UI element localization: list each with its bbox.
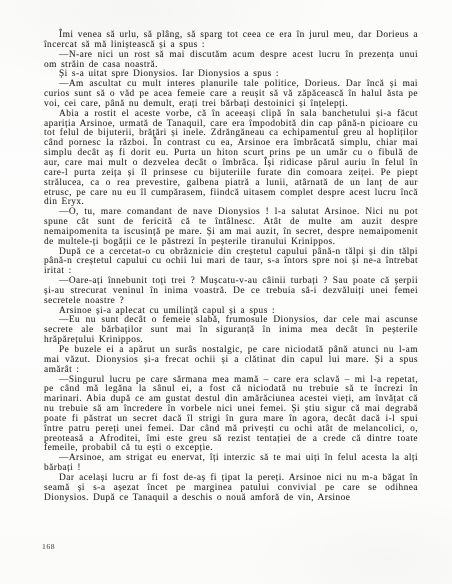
- text-block: Îmi venea să urlu, să plâng, să sparg to…: [44, 31, 418, 504]
- paragraph: —Arsinoe, am strigat eu enervat, îți int…: [44, 454, 418, 474]
- paragraph: Abia a rostit el aceste vorbe, că în ace…: [44, 110, 418, 208]
- page-number: 168: [42, 542, 55, 551]
- paragraph: —Singurul lucru pe care sărmana mea mamă…: [44, 376, 418, 455]
- paragraph: După ce a cercetat-o cu obrăznicie din c…: [44, 248, 418, 278]
- paragraph: —Eu nu sunt decât o femeie slabă, frumos…: [44, 316, 418, 346]
- paragraph: Pe buzele ei a apărut un surâs nostalgic…: [44, 346, 418, 376]
- paragraph: —O, tu, mare comandant de nave Dionysios…: [44, 208, 418, 247]
- paragraph: Dar același lucru ar fi fost de-aș fi ți…: [44, 474, 418, 504]
- book-page: Îmi venea să urlu, să plâng, să sparg to…: [0, 0, 452, 584]
- paragraph: Îmi venea să urlu, să plâng, să sparg to…: [44, 31, 418, 51]
- paragraph: —Oare-ați înnebunit toți trei ? Mușcatu-…: [44, 277, 418, 307]
- paragraph: —N-are nici un rost să mai discutăm acum…: [44, 51, 418, 71]
- paragraph: —Am ascultat cu mult interes planurile t…: [44, 80, 418, 110]
